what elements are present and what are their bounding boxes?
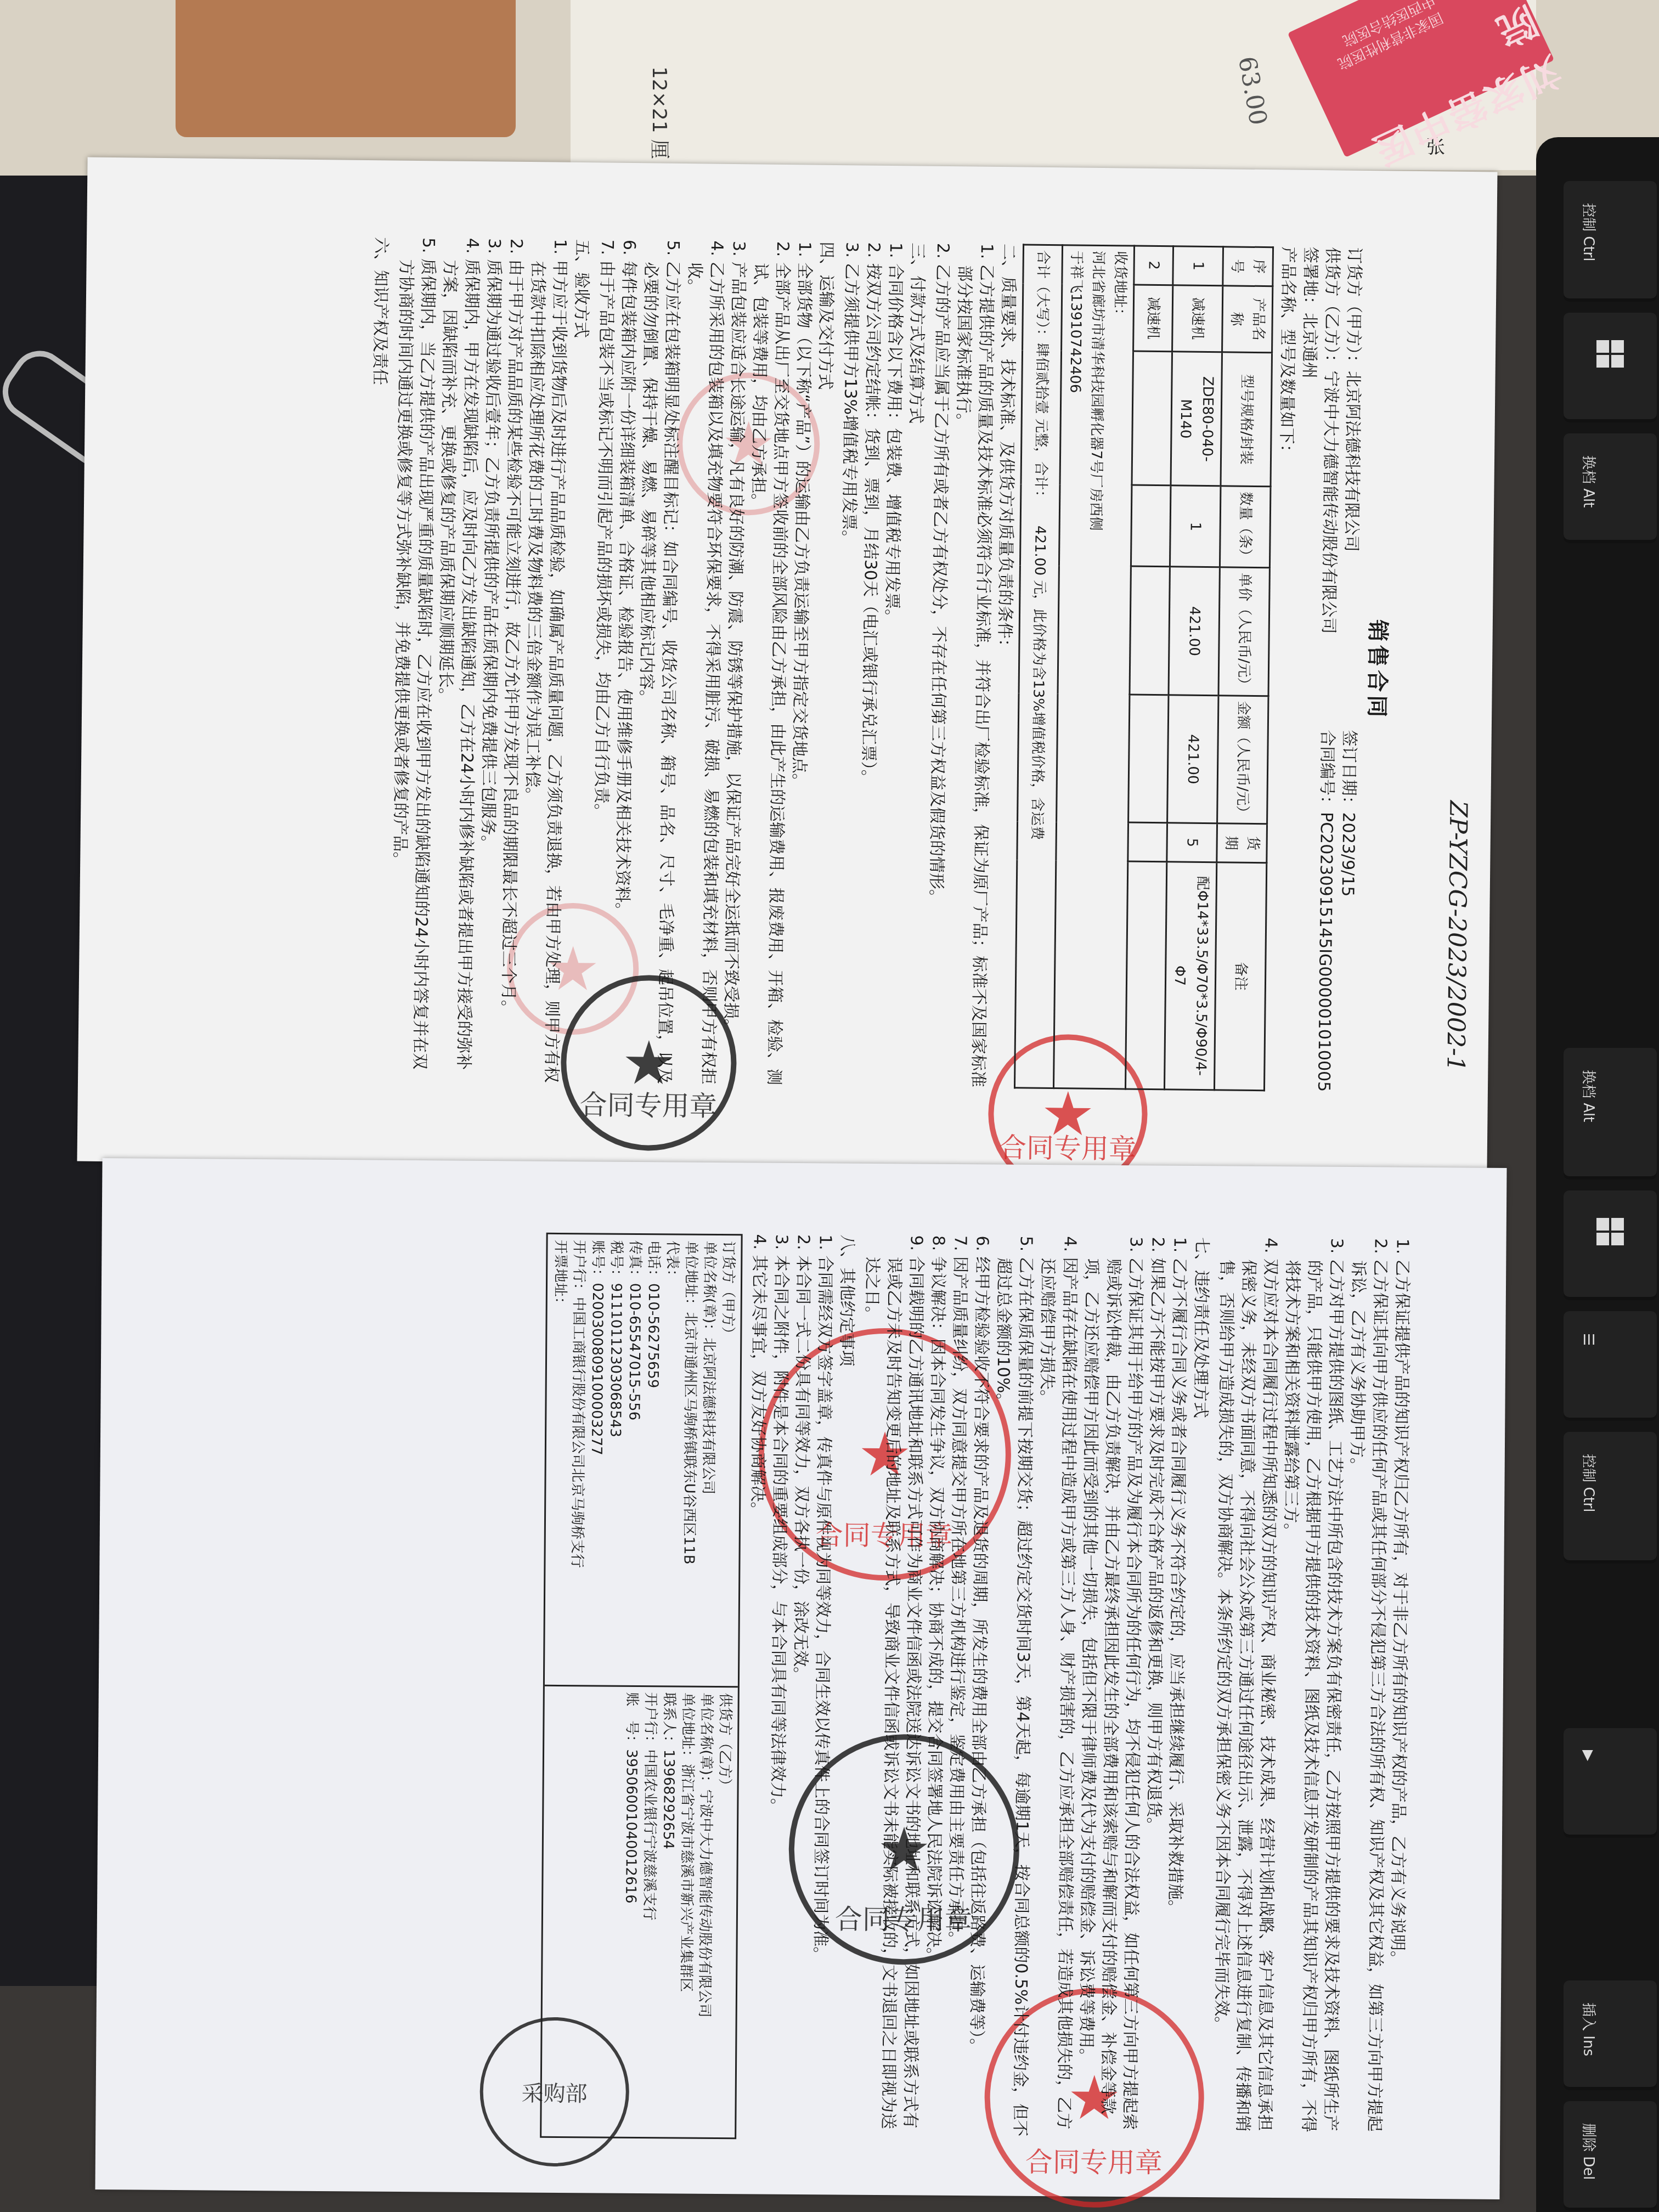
table-header: 型号规格/封装 xyxy=(1221,352,1272,487)
notepad-handwriting: 63.00 xyxy=(1233,54,1272,127)
keyboard: 控制 Ctrl 换档 Alt 换档 Alt ☰ 控制 Ctrl ▶ 插入 Ins… xyxy=(1536,137,1659,2212)
clause: 5. 乙方应在包装箱明显处标注醒目标记：如合同编号、收货公司名称、箱号、品名、尺… xyxy=(631,240,684,1085)
clause: 3. 乙方对甲方提供的图纸、工艺方法中所包含的技术方案负有保密责任，乙方按照甲方… xyxy=(1275,1238,1347,2143)
clauses-top: 1. 乙方保证提供产品的知识产权归乙方所有，对于非乙方所有的知识产权的产品，乙方… xyxy=(1209,1237,1413,2143)
page1-content: ZP-YZCG-2023/2002-1 销售合同 订货方（甲方）：北京阿法德科技… xyxy=(286,236,1392,1093)
key-alt-right[interactable]: 换档 Alt xyxy=(1564,1048,1657,1180)
clause: 3. 乙方保证其用于给甲方的产品及为履行本合同所为的任何行为，均不侵犯任何人的合… xyxy=(1074,1237,1147,2142)
table-row: 1减速机ZDE80-040-M1401421.00421.005配Φ14*33.… xyxy=(1164,246,1223,1090)
table-header: 序号 xyxy=(1223,247,1273,286)
signature-block: 订货方（甲方） 单位名称(章)：北京阿法德科技有限公司 单位地址：北京市通州区马… xyxy=(540,1233,743,2139)
key-win[interactable] xyxy=(1564,313,1657,422)
seller-block: 供货方（乙方） 单位名称(章)：宁波中大力德智能传动股份有限公司 单位地址：浙江… xyxy=(541,1684,738,2137)
contract-number: 合同编号：PC20230915145IG000001010005 xyxy=(1312,730,1338,1092)
sign-date: 签订日期：2023/9/15 xyxy=(1334,730,1360,1092)
leather-folder xyxy=(176,0,516,137)
key-win-right[interactable] xyxy=(1564,1190,1657,1300)
seller-line: 供货方（乙方）：宁波中大力德智能传动股份有限公司 xyxy=(1317,247,1343,634)
product-table: 序号产品名称型号规格/封装数量（条）单价（人民币/元）金额（人民币/元）货期备注… xyxy=(1014,244,1274,1091)
delivery-address: 收货地址：河北省廊坊市清华科技园孵化器7号厂房西侧于祥飞13910742406 xyxy=(1053,245,1134,1089)
notepad-size-label: 12×21 厘 xyxy=(647,66,675,159)
table-header: 数量（条） xyxy=(1220,486,1271,568)
section-7: 1. 乙方不履行合同义务或者合同履行义务不符合约定的，应当承担继续履行、采取补救… xyxy=(855,1235,1190,2142)
clause: 1. 乙方提供的产品的质量及技术标准必须符合行业标准，并符合出厂检验标准，保证为… xyxy=(945,243,997,1088)
contract-meta: 订货方（甲方）：北京阿法德科技有限公司 供货方（乙方）：宁波中大力德智能传动股份… xyxy=(1290,247,1365,1092)
page2-content: 1. 乙方保证提供产品的知识产权归乙方所有，对于非乙方所有的知识产权的产品，乙方… xyxy=(309,1231,1413,2144)
clause: 9. 合同载明的乙方通讯地址和联系方式可作为商业文件信函或法院送达诉讼文书的地址… xyxy=(855,1235,927,2141)
clause: 4. 因产品存在缺陷在使用过程中造成甲方或第三方人身、财产损害的，乙方应承担全部… xyxy=(1030,1236,1081,2142)
contract-page-2: ★合同专用章 ★合同专用章 ★合同专用章 采购部 1. 乙方保证提供产品的知识产… xyxy=(95,1158,1506,2199)
key-delete[interactable]: 删除 Del xyxy=(1564,2101,1657,2211)
clause: 4. 质保期内，甲方在发现缺陷后，应及时向乙方发出缺陷通知，乙方在24小时内修补… xyxy=(430,238,483,1083)
table-header: 单价（人民币/元） xyxy=(1218,567,1269,696)
windows-icon xyxy=(1596,1218,1624,1245)
clause: 1. 甲方应于收到货物后及时进行产品品质检验，如确属产品质量问题，乙方须负责退换… xyxy=(518,239,571,1084)
table-header: 金额（人民币/元） xyxy=(1217,696,1268,824)
handwritten-ref: ZP-YZCG-2023/2002-1 xyxy=(1444,800,1469,1071)
key-alt[interactable]: 换档 Alt xyxy=(1564,433,1657,543)
section-8: 1. 合同需经双方签字盖章，传真件与原件视为同等效力，合同生效以传真件上的合同签… xyxy=(742,1234,836,2140)
clause: 5. 乙方在保质保量的前提下按期交货；超过约定交货时间3天，第4天起，每逾期1天… xyxy=(986,1235,1037,2141)
arrow-left-icon: ▶ xyxy=(1580,1750,1596,1761)
contract-sections: 二、质量要求、技术标准、及供货方对质量负责的条件：1. 乙方提供的产品的质量及技… xyxy=(361,237,1019,1088)
contract-page-1: ★ ★ ★合同专用章 ★合同专用章 ZP-YZCG-2023/2002-1 销售… xyxy=(77,157,1497,1176)
buyer-line: 订货方（甲方）：北京阿法德科技有限公司 xyxy=(1339,247,1365,634)
clause: 2. 全部产品从出厂至交货地点甲方签收前的全部风险由乙方承担，由此产生的运输费用… xyxy=(741,241,793,1086)
key-insert[interactable]: 插入 Ins xyxy=(1564,1980,1657,2090)
key-arrow-left[interactable]: ▶ xyxy=(1564,1728,1657,1838)
windows-icon xyxy=(1596,340,1624,368)
clause: 2. 乙方保证其向甲方供应的任何产品或其任何部分不侵犯第三方合法的所有权、知识产… xyxy=(1341,1238,1391,2144)
clause: 4. 乙方所采用的包装箱以及填充物要符合环保要求，不得采用脏污、破损、易燃的包装… xyxy=(675,240,727,1086)
key-menu[interactable]: ☰ xyxy=(1564,1311,1657,1421)
table-header: 备注 xyxy=(1214,862,1266,1091)
clause: 4. 双方应对本合同履行过程中所知悉的双方的知识产权、商业秘密、技术成果、经营计… xyxy=(1209,1237,1282,2143)
clause: 5. 质保期内，当乙方提供的产品出现严重的质量缺陷时，乙方应在收到甲方发出的缺陷… xyxy=(386,237,439,1082)
key-ctrl-right[interactable]: 控制 Ctrl xyxy=(1564,1432,1657,1564)
key-ctrl[interactable]: 控制 Ctrl xyxy=(1564,181,1657,302)
buyer-block: 订货方（甲方） 单位名称(章)：北京阿法德科技有限公司 单位地址：北京市通州区马… xyxy=(545,1234,741,1686)
contract-title: 销售合同 xyxy=(1362,247,1392,1092)
table-header: 货期 xyxy=(1217,823,1267,862)
menu-icon: ☰ xyxy=(1580,1333,1596,1346)
table-header: 产品名称 xyxy=(1222,285,1273,353)
